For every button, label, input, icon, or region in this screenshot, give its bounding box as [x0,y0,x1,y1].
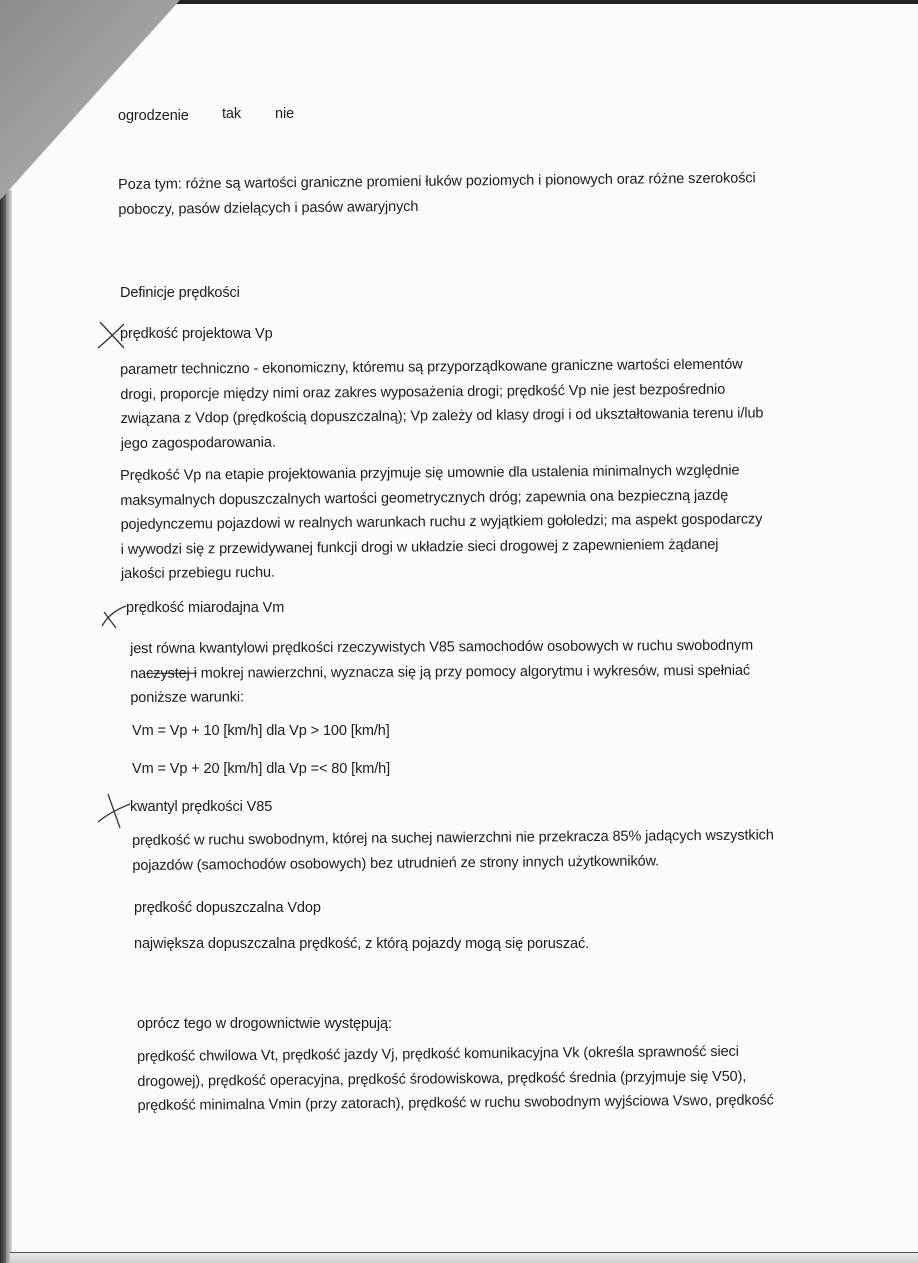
other-body: prędkość chwilowa Vt, prędkość jazdy Vj,… [137,1039,858,1119]
definition-body: największa dopuszczalna prędkość, z któr… [134,932,589,956]
definition-line: jakości przebiegu ruchu. [121,556,841,587]
scan-bottom-border [10,1252,918,1263]
fence-option-no: nie [275,102,294,126]
definition-line: poniższe warunki: [130,682,850,710]
definition-term: kwantyl prędkości V85 [130,795,272,819]
fence-option-yes: tak [222,102,241,126]
definition-body: parametr techniczno - ekonomiczny, które… [120,352,841,456]
other-heading: oprócz tego w drogownictwie występują: [137,1012,392,1036]
definition-body: prędkość w ruchu swobodnym, której na su… [132,823,852,878]
struck-text: czystej i [146,665,197,681]
other-line: prędkość minimalna Vmin (przy zatorach),… [137,1088,857,1119]
intro-paragraph: Poza tym: różne są wartości graniczne pr… [118,166,818,222]
definition-term: prędkość dopuszczalna Vdop [134,896,321,920]
formula: Vm = Vp + 10 [km/h] dla Vp > 100 [km/h] [132,719,390,743]
definition-body: jest równa kwantylowi prędkości rzeczywi… [130,633,850,710]
definition-line: jest równa kwantylowi prędkości rzeczywi… [130,633,850,661]
definition-line: naczystej i mokrej nawierzchni, wyznacza… [130,658,850,686]
text-fragment: na [130,665,146,681]
text-fragment: mokrej nawierzchni, wyznacza się ją przy… [197,662,750,681]
definition-term: prędkość projektowa Vp [120,322,273,346]
handwritten-x-mark-icon [98,600,128,630]
definition-extra: Prędkość Vp na etapie projektowania przy… [120,458,841,587]
folded-page-corner [0,0,180,200]
handwritten-x-mark-icon [94,792,134,832]
section-title: Definicje prędkości [120,281,240,305]
fence-label: ogrodzenie [118,104,189,128]
scan-left-shadow [6,190,12,1263]
formula: Vm = Vp + 20 [km/h] dla Vp =< 80 [km/h] [132,757,390,781]
definition-term: prędkość miarodajna Vm [126,596,284,620]
